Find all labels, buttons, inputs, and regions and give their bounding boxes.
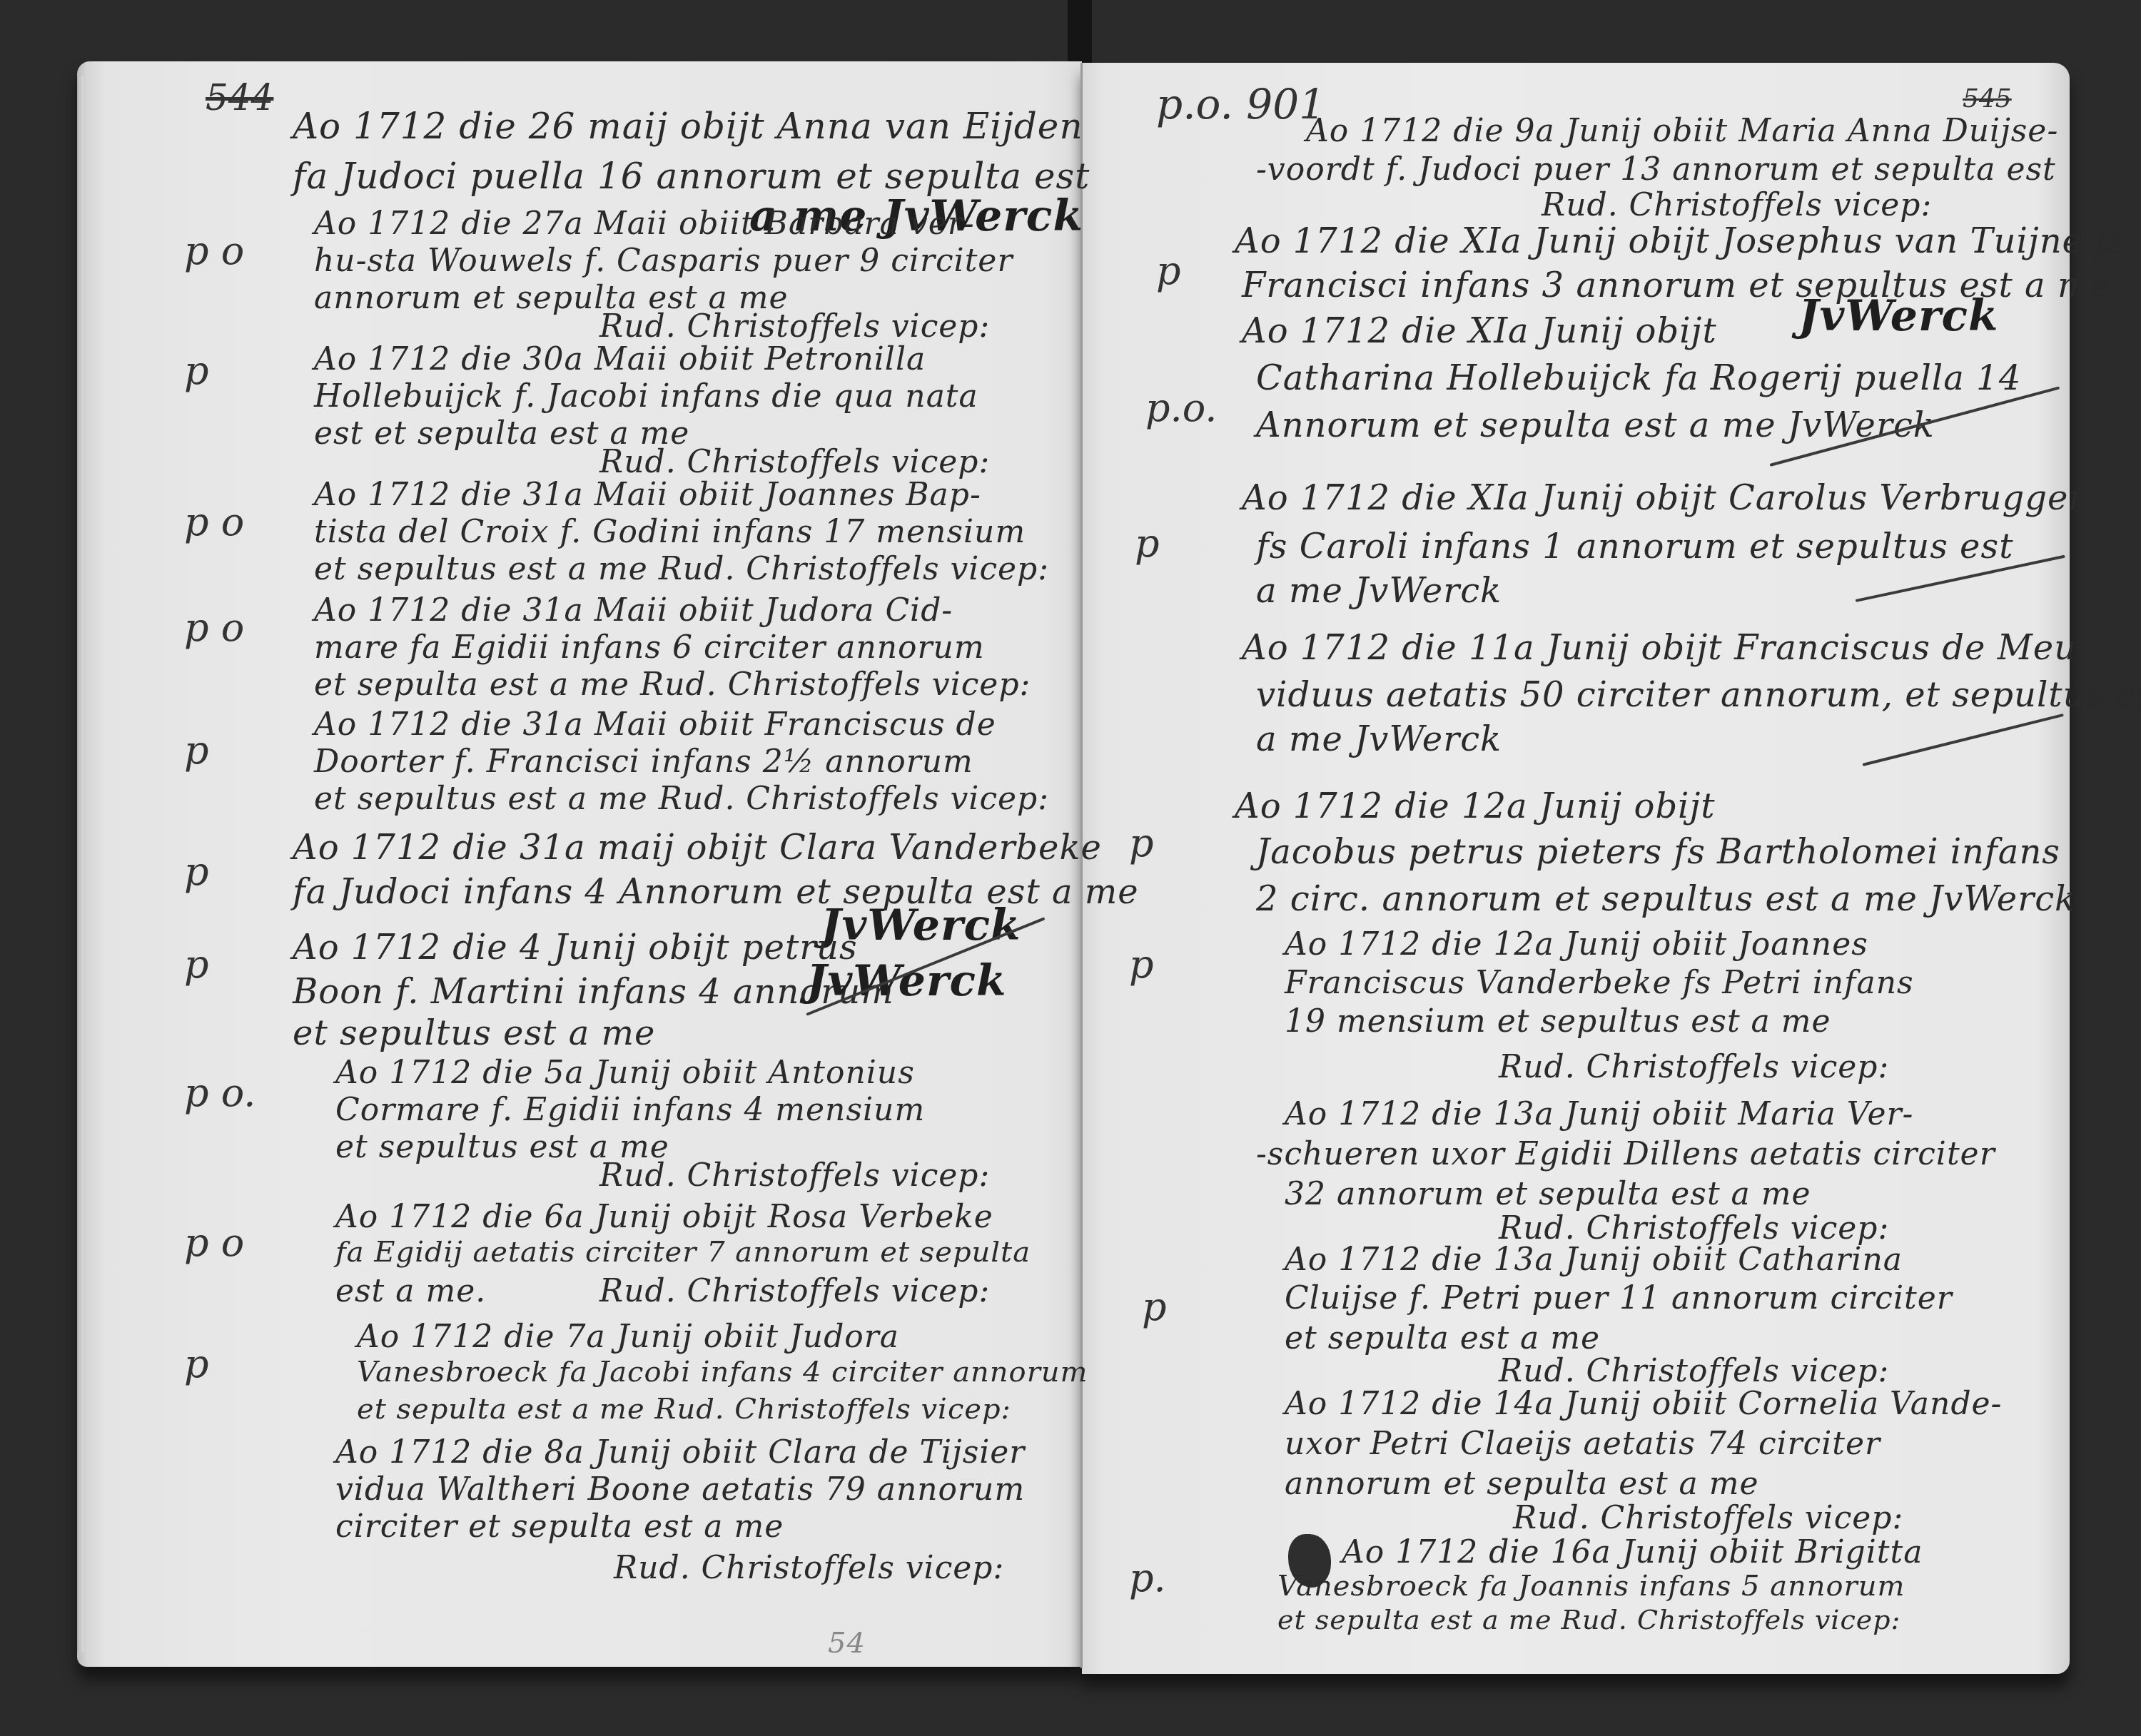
entry-line: fa Egidij aetatis circiter 7 annorum et …: [335, 1236, 1031, 1269]
entry-line: Ao 1712 die 31a Maii obiit Judora Cid-: [314, 592, 953, 629]
entry-line: Hollebuijck f. Jacobi infans die qua nat…: [314, 378, 978, 415]
entry-line: fs Caroli infans 1 annorum et sepultus e…: [1256, 527, 2013, 567]
entry-line: Rud. Christoffels vicep:: [1542, 187, 1932, 223]
entry-line: Vanesbroeck fa Jacobi infans 4 circiter …: [357, 1356, 1088, 1389]
margin-mark: p: [184, 849, 209, 894]
entry-line: Rud. Christoffels vicep:: [1499, 1353, 1889, 1389]
entry-line: Ao 1712 die 11a Junij obijt Franciscus d…: [1242, 628, 2094, 668]
entry-line: Cormare f. Egidii infans 4 mensium: [335, 1092, 925, 1128]
entry-line: Ao 1712 die 14a Junij obiit Cornelia Van…: [1285, 1386, 2002, 1422]
entry-line: 19 mensium et sepultus est a me: [1285, 1003, 1831, 1040]
entry-line: Rud. Christoffels vicep:: [599, 1157, 990, 1194]
entry-line: -voordt f. Judoci puer 13 annorum et sep…: [1256, 151, 2056, 188]
entry-line: Rud. Christoffels vicep:: [614, 1550, 1004, 1586]
entry-line: circiter et sepulta est a me: [335, 1508, 784, 1545]
margin-mark: p: [1129, 821, 1154, 866]
margin-mark: p o.: [184, 1070, 255, 1115]
entry-line: Jacobus petrus pieters fs Bartholomei in…: [1256, 832, 2060, 872]
margin-mark: p.: [1129, 1555, 1166, 1600]
entry-line: Ao 1712 die 26 maij obijt Anna van Eijde…: [293, 106, 1083, 147]
entry-line: Ao 1712 die 27a Maii obiit Barbara ver-: [314, 205, 975, 242]
entry-line: Ao 1712 die 7a Junij obiit Judora: [357, 1319, 899, 1355]
margin-mark: p: [184, 348, 209, 393]
book-spine-strip: [1068, 0, 1092, 64]
entry-line: et sepulta est a me Rud. Christoffels vi…: [1277, 1604, 1900, 1635]
entry-line: Ao 1712 die 31a Maii obiit Joannes Bap-: [314, 477, 981, 513]
entry-line: Ao 1712 die 4 Junij obijt petrus: [293, 928, 858, 968]
margin-mark: p: [184, 728, 209, 773]
entry-line: et sepulta est a me Rud. Christoffels vi…: [314, 666, 1031, 703]
margin-mark: p: [1129, 942, 1154, 987]
entry-line: Ao 1712 die 12a Junij obiit Joannes: [1285, 926, 1868, 963]
entry-line: Ao 1712 die 30a Maii obiit Petronilla: [314, 341, 926, 377]
entry-line: uxor Petri Claeijs aetatis 74 circiter: [1285, 1426, 1881, 1462]
entry-line: hu-sta Wouwels f. Casparis puer 9 circit…: [314, 243, 1013, 279]
entry-line: Ao 1712 die XIa Junij obijt: [1242, 311, 1717, 351]
entry-line: et sepulta est a me Rud. Christoffels vi…: [357, 1393, 1011, 1426]
margin-mark: p: [184, 942, 209, 987]
page-edges: [77, 76, 90, 1653]
entry-line: Cluijse f. Petri puer 11 annorum circite…: [1285, 1280, 1953, 1316]
right-page-number: 545: [1963, 84, 2012, 113]
margin-mark: p o: [184, 605, 244, 650]
entry-line: a me JvWerck: [1256, 719, 1502, 759]
entry-line: Annorum et sepulta est a me JvWerck: [1256, 405, 1935, 445]
entry-line: Ao 1712 die 31a maij obijt Clara Vanderb…: [293, 828, 1102, 868]
signature: JvWerck: [806, 956, 1007, 1006]
entry-line: a me JvWerck: [1256, 571, 1502, 611]
entry-line: viduus aetatis 50 circiter annorum, et s…: [1256, 675, 2141, 715]
entry-line: Rud. Christoffels vicep:: [599, 1273, 990, 1309]
margin-mark: p: [1156, 248, 1181, 293]
entry-line: Ao 1712 die 9a Junij obiit Maria Anna Du…: [1306, 113, 2058, 149]
entry-line: et sepulta est a me: [1285, 1320, 1600, 1356]
entry-line: Rud. Christoffels vicep:: [1513, 1500, 1903, 1536]
entry-line: et sepultus est a me Rud. Christoffels v…: [314, 781, 1049, 817]
margin-mark: p o: [184, 499, 244, 544]
entry-line: Ao 1712 die 31a Maii obiit Franciscus de: [314, 706, 996, 743]
entry-line: vidua Waltheri Boone aetatis 79 annorum: [335, 1471, 1025, 1508]
entry-line: et sepultus est a me: [293, 1013, 655, 1053]
margin-mark: p o: [184, 1220, 244, 1265]
entry-line: Catharina Hollebuijck fa Rogerij puella …: [1256, 358, 2021, 398]
margin-mark: p: [1142, 1284, 1167, 1329]
entry-line: Ao 1712 die 13a Junij obiit Maria Ver-: [1285, 1096, 1913, 1132]
entry-line: Ao 1712 die 6a Junij obijt Rosa Verbeke: [335, 1199, 993, 1235]
entry-line: mare fa Egidii infans 6 circiter annorum: [314, 629, 985, 666]
entry-line: Doorter f. Francisci infans 2½ annorum: [314, 743, 973, 780]
entry-line: 32 annorum et sepulta est a me: [1285, 1176, 1811, 1212]
entry-line: et sepultus est a me Rud. Christoffels v…: [314, 551, 1049, 587]
entry-line: Ao 1712 die 13a Junij obiit Catharina: [1285, 1242, 1903, 1278]
entry-line: -schueren uxor Egidii Dillens aetatis ci…: [1256, 1136, 1995, 1172]
entry-line: est a me.: [335, 1273, 486, 1309]
margin-mark: p.o.: [1145, 385, 1217, 430]
entry-line: Rud. Christoffels vicep:: [599, 444, 990, 480]
left-page-number: 544: [206, 77, 273, 118]
entry-line: tista del Croix f. Godini infans 17 mens…: [314, 514, 1026, 550]
entry-line: Rud. Christoffels vicep:: [1499, 1049, 1889, 1085]
entry-line: 2 circ. annorum et sepultus est a me JvW…: [1256, 879, 2076, 919]
entry-line: Rud. Christoffels vicep:: [599, 308, 990, 345]
entry-line: annorum et sepulta est a me: [1285, 1466, 1759, 1502]
margin-mark: p o: [184, 228, 244, 273]
signature: JvWerck: [1798, 291, 1999, 341]
entry-line: Ao 1712 die 16a Junij obiit Brigitta: [1342, 1534, 1923, 1570]
entry-line: Ao 1712 die 12a Junij obijt: [1235, 786, 1716, 826]
pencil-mark: 54: [828, 1627, 866, 1660]
margin-mark: p: [1135, 521, 1160, 566]
folio-reference: p.o. 901: [1156, 80, 1325, 128]
entry-line: Franciscus Vanderbeke fs Petri infans: [1285, 965, 1914, 1001]
entry-line: Ao 1712 die XIa Junij obijt Josephus van…: [1235, 221, 2127, 261]
entry-line: Ao 1712 die XIa Junij obijt Carolus Verb…: [1242, 478, 2091, 518]
margin-mark: p: [184, 1341, 209, 1386]
entry-line: Ao 1712 die 8a Junij obiit Clara de Tijs…: [335, 1434, 1025, 1471]
entry-line: Vanesbroeck fa Joannis infans 5 annorum: [1277, 1570, 1905, 1603]
entry-line: Boon f. Martini infans 4 annorum: [293, 972, 894, 1012]
entry-line: Ao 1712 die 5a Junij obiit Antonius: [335, 1055, 915, 1091]
